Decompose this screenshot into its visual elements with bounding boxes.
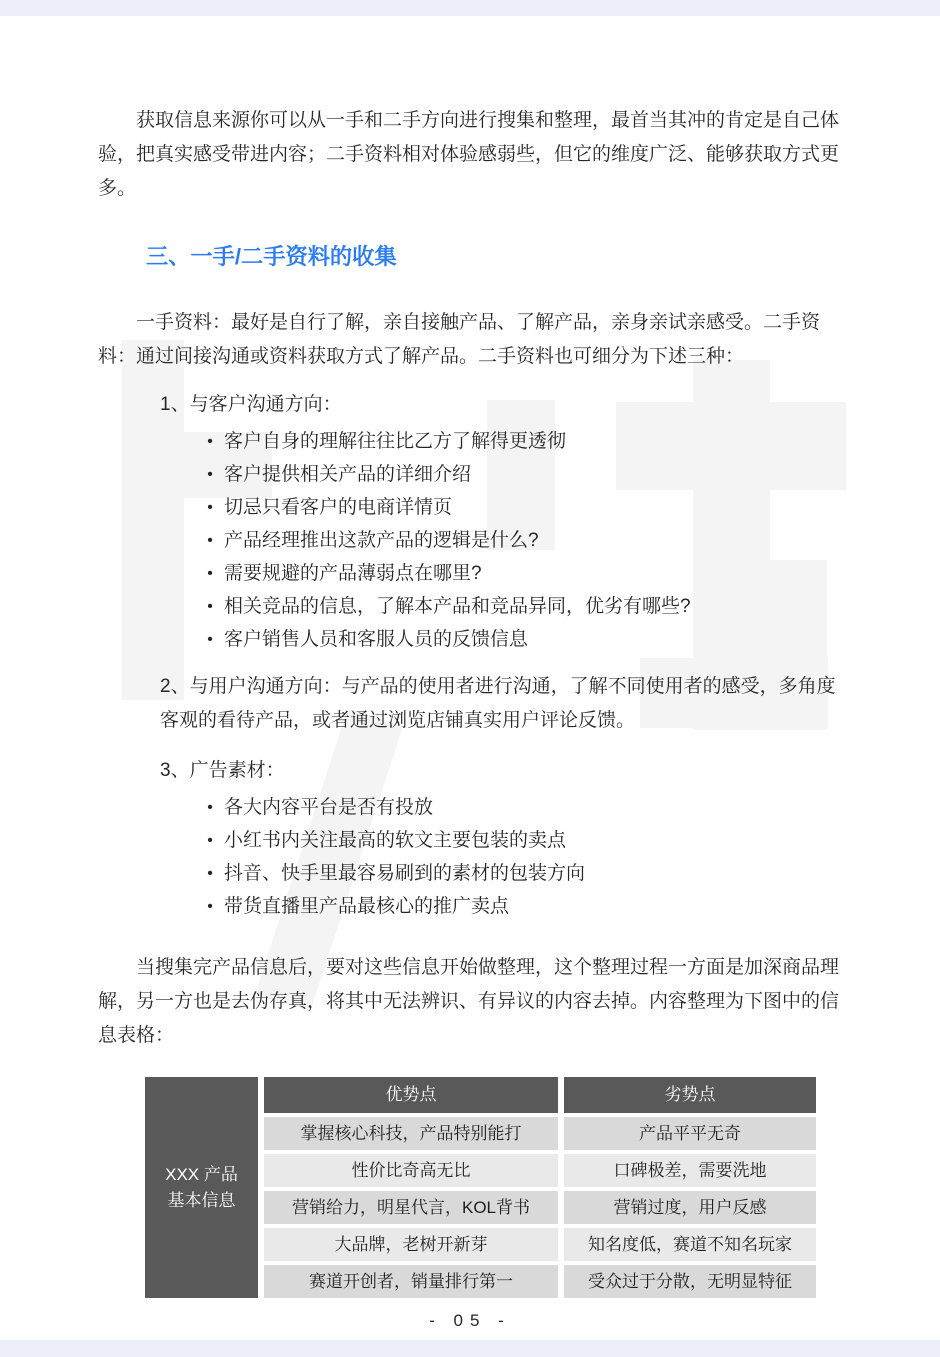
bullet-dot-icon: • xyxy=(202,557,218,590)
bullet-text: 抖音、快手里最容易刷到的素材的包装方向 xyxy=(224,863,585,884)
bullet-text: 带货直播里产品最核心的推广卖点 xyxy=(224,896,509,917)
numbered-item-1-title: 1、与客户沟通方向： xyxy=(160,388,844,421)
table-cell: 赛道开创者，销量排行第一 xyxy=(264,1265,558,1298)
bullet-item: •各大内容平台是否有投放 xyxy=(202,791,844,824)
summary-paragraph: 当搜集完产品信息后，要对这些信息开始做整理，这个整理过程一方面是加深商品理解，另… xyxy=(98,951,844,1053)
bullet-dot-icon: • xyxy=(202,623,218,656)
bullet-text: 各大内容平台是否有投放 xyxy=(224,797,433,818)
bullet-text: 客户自身的理解往往比乙方了解得更透彻 xyxy=(224,431,566,452)
table-cell: 口碑极差，需要洗地 xyxy=(564,1154,816,1187)
bullet-dot-icon: • xyxy=(202,890,218,923)
numbered-item-3-title: 3、广告素材： xyxy=(160,754,844,787)
table-row-label-line2: 基本信息 xyxy=(168,1188,236,1214)
table-header-advantages: 优势点 xyxy=(264,1077,558,1113)
bullet-text: 相关竞品的信息，了解本产品和竞品异同，优劣有哪些? xyxy=(224,596,691,617)
table-cell: 知名度低，赛道不知名玩家 xyxy=(564,1228,816,1261)
page-top-edge xyxy=(0,0,940,16)
section-heading: 三、一手/二手资料的收集 xyxy=(146,240,844,274)
document-body: 获取信息来源你可以从一手和二手方向进行搜集和整理，最首当其冲的肯定是自己体验，把… xyxy=(0,0,940,1298)
bullet-item: •客户自身的理解往往比乙方了解得更透彻 xyxy=(202,425,844,458)
bullet-item: •产品经理推出这款产品的逻辑是什么? xyxy=(202,524,844,557)
bullet-dot-icon: • xyxy=(202,791,218,824)
table-header-disadvantages: 劣势点 xyxy=(564,1077,816,1113)
bullet-item: •带货直播里产品最核心的推广卖点 xyxy=(202,890,844,923)
table-cell: 大品牌，老树开新芽 xyxy=(264,1228,558,1261)
info-table: XXX 产品 基本信息 优势点 劣势点 掌握核心科技，产品特别能打 产品平平无奇… xyxy=(145,1077,844,1298)
bullet-text: 客户销售人员和客服人员的反馈信息 xyxy=(224,629,528,650)
bullet-dot-icon: • xyxy=(202,524,218,557)
bullet-text: 切忌只看客户的电商详情页 xyxy=(224,497,452,518)
bullet-dot-icon: • xyxy=(202,425,218,458)
bullet-text: 客户提供相关产品的详细介绍 xyxy=(224,464,471,485)
bullet-item: •需要规避的产品薄弱点在哪里? xyxy=(202,557,844,590)
page-number: - 05 - xyxy=(0,1311,940,1331)
table-cell: 营销过度，用户反感 xyxy=(564,1191,816,1224)
bullet-item: •相关竞品的信息，了解本产品和竞品异同，优劣有哪些? xyxy=(202,590,844,623)
table-cell: 产品平平无奇 xyxy=(564,1117,816,1150)
bullet-dot-icon: • xyxy=(202,491,218,524)
bullet-list-client: •客户自身的理解往往比乙方了解得更透彻 •客户提供相关产品的详细介绍 •切忌只看… xyxy=(202,425,844,656)
document-page: { "paragraphs": { "intro": "获取信息来源你可以从一手… xyxy=(0,0,940,1357)
table-cell: 掌握核心科技，产品特别能打 xyxy=(264,1117,558,1150)
table-cell: 性价比奇高无比 xyxy=(264,1154,558,1187)
bullet-item: •客户销售人员和客服人员的反馈信息 xyxy=(202,623,844,656)
bullet-item: •客户提供相关产品的详细介绍 xyxy=(202,458,844,491)
bullet-text: 小红书内关注最高的软文主要包装的卖点 xyxy=(224,830,566,851)
table-cell: 受众过于分散，无明显特征 xyxy=(564,1265,816,1298)
bullet-item: •小红书内关注最高的软文主要包装的卖点 xyxy=(202,824,844,857)
table-row-label: XXX 产品 基本信息 xyxy=(145,1077,258,1298)
bullet-text: 需要规避的产品薄弱点在哪里? xyxy=(224,563,482,584)
bullet-dot-icon: • xyxy=(202,857,218,890)
primary-secondary-paragraph: 一手资料：最好是自行了解，亲自接触产品、了解产品，亲身亲试亲感受。二手资料：通过… xyxy=(98,306,844,374)
bullet-dot-icon: • xyxy=(202,824,218,857)
bullet-dot-icon: • xyxy=(202,590,218,623)
numbered-item-2-paragraph: 2、与用户沟通方向：与产品的使用者进行沟通，了解不同使用者的感受，多角度客观的看… xyxy=(160,670,844,738)
table-cell: 营销给力，明星代言，KOL背书 xyxy=(264,1191,558,1224)
bullet-item: •切忌只看客户的电商详情页 xyxy=(202,491,844,524)
table-row-label-line1: XXX 产品 xyxy=(165,1162,238,1188)
bullet-text: 产品经理推出这款产品的逻辑是什么? xyxy=(224,530,539,551)
intro-paragraph: 获取信息来源你可以从一手和二手方向进行搜集和整理，最首当其冲的肯定是自己体验，把… xyxy=(98,104,844,206)
bullet-item: •抖音、快手里最容易刷到的素材的包装方向 xyxy=(202,857,844,890)
bullet-dot-icon: • xyxy=(202,458,218,491)
page-bottom-edge xyxy=(0,1340,940,1357)
bullet-list-ads: •各大内容平台是否有投放 •小红书内关注最高的软文主要包装的卖点 •抖音、快手里… xyxy=(202,791,844,923)
